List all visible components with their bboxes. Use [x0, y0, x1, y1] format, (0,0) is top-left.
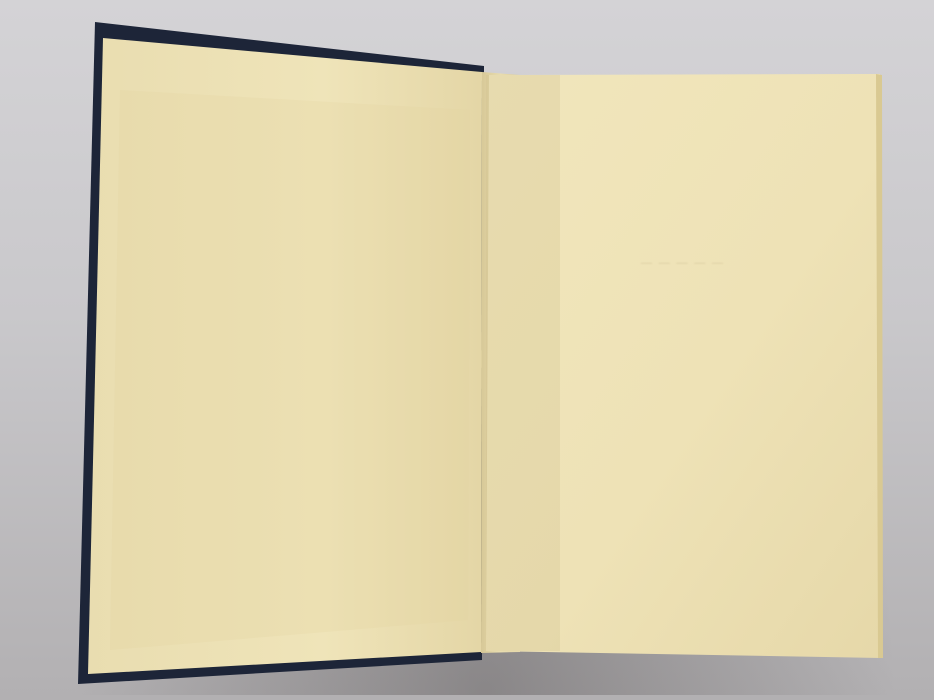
book-left-cover	[0, 0, 934, 700]
endpaper-toning	[110, 90, 470, 650]
gutter-shadow	[486, 75, 560, 651]
half-title-text: — — — — —	[578, 257, 788, 269]
photo-scene: — — — — —	[0, 0, 934, 700]
